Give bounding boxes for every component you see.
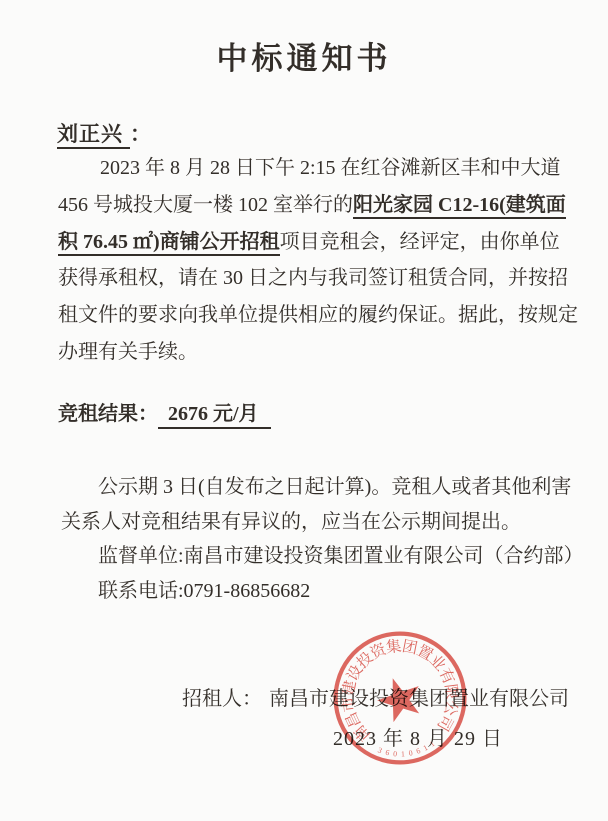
body-paragraph-1: 2023 年 8 月 28 日下午 2:15 在红谷滩新区丰和中大道 456 号… bbox=[58, 150, 578, 371]
body-line-1: 2023 年 8 月 28 日下午 2:15 在红谷滩新区丰和中大道 bbox=[58, 150, 578, 187]
body-line-2: 456 号城投大厦一楼 102 室举行的阳光家园 C12-16(建筑面 bbox=[58, 187, 578, 224]
notice-line-2: 关系人对竞租结果有异议的，应当在公示期间提出。 bbox=[61, 505, 584, 540]
body-line-5-text: 租文件的要求向我单位提供相应的履约保证。据此，按规定 bbox=[58, 304, 578, 326]
lessor-name: 南昌市建设投资集团置业有限公司 bbox=[269, 688, 569, 710]
body-line-2-text: 456 号城投大厦一楼 102 室举行的 bbox=[58, 194, 353, 216]
document-title: 中标通知书 bbox=[0, 33, 608, 78]
phone-line-text: 联系电话:0791-86856682 bbox=[98, 580, 310, 602]
recipient-line: 刘正兴： bbox=[57, 118, 152, 148]
body-line-6: 办理有关手续。 bbox=[58, 334, 578, 371]
bid-result-line: 竞租结果：2676 元/月 bbox=[58, 401, 271, 428]
notice-line-1-text: 公示期 3 日(自发布之日起计算)。竞租人或者其他利害 bbox=[98, 476, 571, 498]
body-line-3: 积 76.45 ㎡)商铺公开招租项目竞租会，经评定，由你单位 bbox=[58, 224, 578, 261]
seal-ring-char: 投 bbox=[353, 648, 377, 672]
seal-ring-char: 置 bbox=[414, 641, 436, 664]
bid-result-label: 竞租结果： bbox=[58, 403, 158, 425]
project-name-part-1: 阳光家园 C12-16(建筑面 bbox=[353, 194, 566, 219]
seal-ring-char: 集 bbox=[385, 637, 402, 657]
body-line-4-text: 获得承租权，请在 30 日之内与我司签订租赁合同，并按招 bbox=[58, 267, 568, 289]
seal-ring-char: 设 bbox=[343, 661, 367, 684]
lessor-label: 招租人： bbox=[182, 688, 262, 710]
body-line-6-text: 办理有关手续。 bbox=[58, 341, 198, 363]
seal-ring-char: 业 bbox=[426, 651, 450, 675]
body-paragraph-2: 公示期 3 日(自发布之日起计算)。竞租人或者其他利害 关系人对竞租结果有异议的… bbox=[61, 470, 584, 608]
phone-line: 联系电话:0791-86856682 bbox=[61, 574, 584, 609]
body-line-1-text: 2023 年 8 月 28 日下午 2:15 在红谷滩新区丰和中大道 bbox=[100, 157, 561, 179]
body-line-3-text: 项目竞租会，经评定，由你单位 bbox=[280, 231, 560, 253]
lessor-signature-line: 招租人：南昌市建设投资集团置业有限公司 bbox=[182, 686, 569, 713]
seal-ring-char: 资 bbox=[367, 640, 389, 663]
seal-ring-char: 有 bbox=[435, 665, 458, 687]
recipient-name: 刘正兴 bbox=[57, 122, 130, 149]
recipient-colon: ： bbox=[130, 122, 152, 146]
project-name-part-2: 积 76.45 ㎡)商铺公开招租 bbox=[58, 231, 280, 256]
signature-date: 2023 年 8 月 29 日 bbox=[333, 726, 503, 753]
seal-ring-char: 团 bbox=[401, 637, 420, 658]
notice-line-2-text: 关系人对竞租结果有异议的，应当在公示期间提出。 bbox=[61, 511, 521, 533]
supervisor-line-text: 监督单位:南昌市建设投资集团置业有限公司（合约部） bbox=[98, 545, 584, 567]
body-line-5: 租文件的要求向我单位提供相应的履约保证。据此，按规定 bbox=[58, 297, 578, 334]
notice-line-1: 公示期 3 日(自发布之日起计算)。竞租人或者其他利害 bbox=[61, 470, 584, 505]
body-line-4: 获得承租权，请在 30 日之内与我司签订租赁合同，并按招 bbox=[58, 260, 578, 297]
document-page: 中标通知书 刘正兴： 2023 年 8 月 28 日下午 2:15 在红谷滩新区… bbox=[0, 0, 608, 821]
supervisor-line: 监督单位:南昌市建设投资集团置业有限公司（合约部） bbox=[61, 539, 584, 574]
bid-result-value: 2676 元/月 bbox=[158, 403, 271, 429]
